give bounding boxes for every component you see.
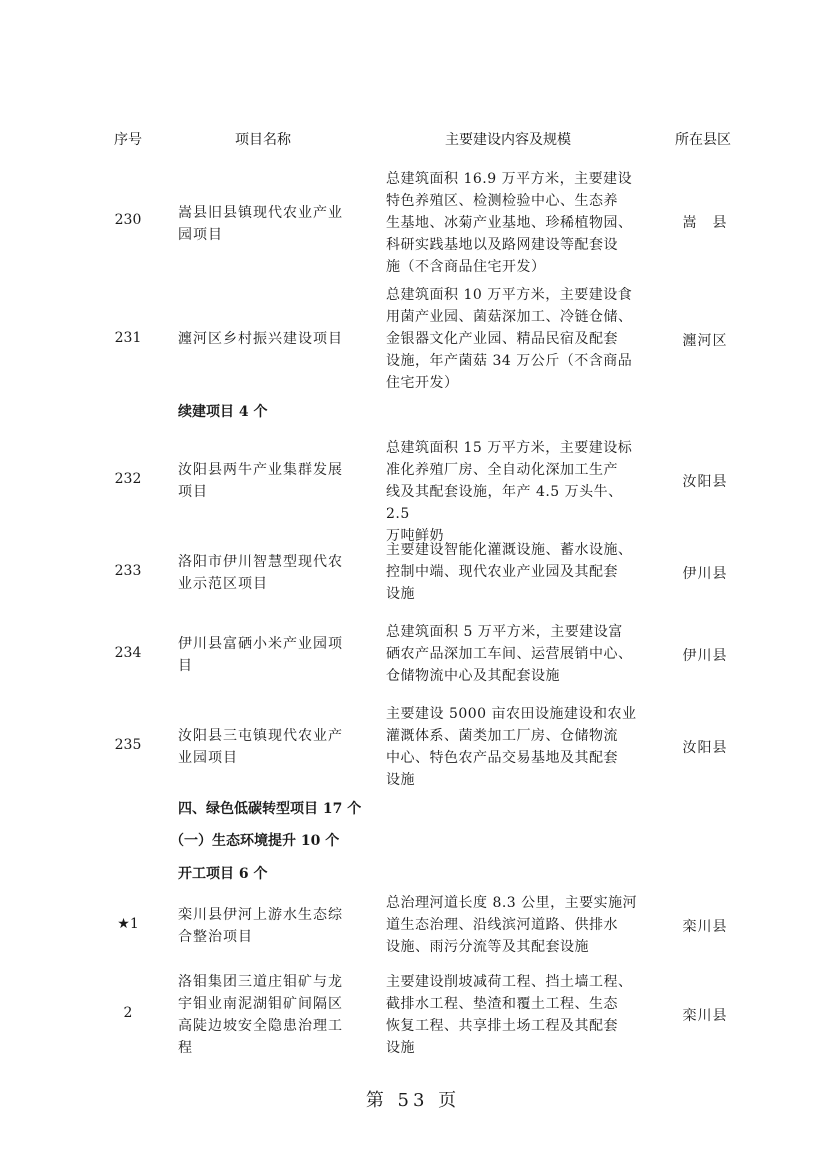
- row-number: ★1: [98, 916, 158, 932]
- row-number: 230: [98, 212, 158, 228]
- row-number: 232: [98, 471, 158, 487]
- project-name: 汝阳县两牛产业集群发展 项目: [178, 459, 358, 503]
- project-content: 总治理河道长度 8.3 公里，主要实施河 道生态治理、沿线滨河道路、供排水 设施…: [386, 892, 644, 958]
- project-name: 伊川县富硒小米产业园项 目: [178, 633, 358, 677]
- project-content: 主要建设 5000 亩农田设施建设和农业 灌溉体系、菌类加工厂房、仓储物流 中心…: [386, 703, 644, 791]
- row-number: 233: [98, 563, 158, 579]
- project-name: 瀍河区乡村振兴建设项目: [178, 328, 358, 350]
- section-heading-started: 开工项目 6 个: [178, 864, 268, 884]
- section-heading-eco-environment: （一）生态环境提升 10 个: [170, 831, 339, 851]
- project-county: 伊川县: [665, 563, 745, 583]
- project-county: 伊川县: [665, 645, 745, 665]
- row-number: 2: [98, 1005, 158, 1021]
- project-name: 洛钼集团三道庄钼矿与龙 宇钼业南泥湖钼矿间隔区 高陡边坡安全隐患治理工 程: [178, 971, 358, 1059]
- project-name: 嵩县旧县镇现代农业产业 园项目: [178, 202, 358, 246]
- row-number: 234: [98, 645, 158, 661]
- page-number: 第 53 页: [0, 1086, 826, 1112]
- project-name: 栾川县伊河上游水生态综 合整治项目: [178, 904, 358, 948]
- project-content: 总建筑面积 15 万平方米，主要建设标 准化养殖厂房、全自动化深加工生产 线及其…: [386, 437, 644, 547]
- project-content: 主要建设削坡减荷工程、挡土墙工程、 截排水工程、垫渣和覆土工程、生态 恢复工程、…: [386, 971, 644, 1059]
- row-number: 235: [98, 737, 158, 753]
- header-county: 所在县区: [675, 130, 731, 150]
- project-county: 栾川县: [665, 916, 745, 936]
- section-heading-green-low-carbon: 四、绿色低碳转型项目 17 个: [178, 799, 361, 819]
- header-num: 序号: [114, 130, 142, 150]
- project-county: 汝阳县: [665, 737, 745, 757]
- section-heading-continued: 续建项目 4 个: [178, 402, 268, 422]
- project-name: 汝阳县三屯镇现代农业产 业园项目: [178, 725, 358, 769]
- project-content: 主要建设智能化灌溉设施、蓄水设施、 控制中端、现代农业产业园及其配套 设施: [386, 539, 644, 605]
- header-content: 主要建设内容及规模: [445, 130, 571, 150]
- project-county: 嵩 县: [665, 212, 745, 232]
- project-county: 汝阳县: [665, 471, 745, 491]
- row-number: 231: [98, 330, 158, 346]
- project-county: 瀍河区: [665, 330, 745, 350]
- header-name: 项目名称: [235, 130, 291, 150]
- project-content: 总建筑面积 5 万平方米，主要建设富 硒农产品深加工车间、运营展销中心、 仓储物…: [386, 621, 644, 687]
- project-content: 总建筑面积 16.9 万平方米，主要建设 特色养殖区、检测检验中心、生态养 生基…: [386, 168, 644, 278]
- project-name: 洛阳市伊川智慧型现代农 业示范区项目: [178, 551, 358, 595]
- project-county: 栾川县: [665, 1005, 745, 1025]
- project-content: 总建筑面积 10 万平方米，主要建设食 用菌产业园、菌菇深加工、冷链仓储、 金银…: [386, 284, 644, 394]
